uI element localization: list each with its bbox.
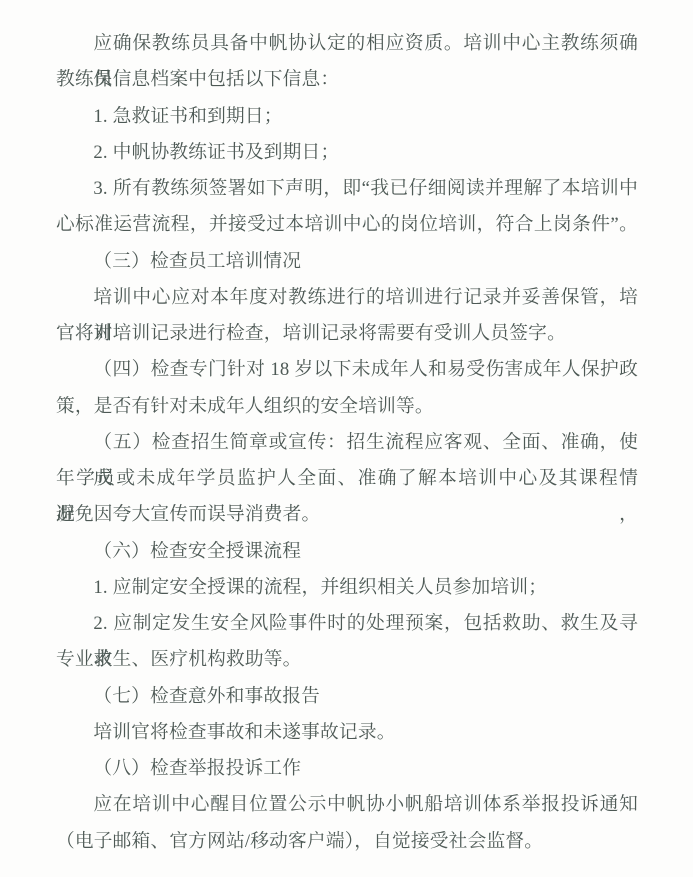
text-line: 1. 应制定安全授课的流程，并组织相关人员参加培训； bbox=[56, 570, 638, 606]
document-body: 应确保教练员具备中帆协认定的相应资质。培训中心主教练须确保教练员信息档案中包括以… bbox=[56, 26, 638, 860]
text-line: 2. 应制定发生安全风险事件时的处理预案，包括救助、救生及寻求 bbox=[56, 606, 638, 642]
text-line: 专业救生、医疗机构救助等。 bbox=[56, 642, 638, 678]
text-line: （七）检查意外和事故报告 bbox=[56, 679, 638, 715]
text-line: 3. 所有教练须签署如下声明，即“我已仔细阅读并理解了本培训中 bbox=[56, 171, 638, 207]
text-line: 应确保教练员具备中帆协认定的相应资质。培训中心主教练须确保 bbox=[56, 26, 638, 62]
text-line: 2. 中帆协教练证书及到期日； bbox=[56, 135, 638, 171]
text-line: （五）检查招生简章或宣传：招生流程应客观、全面、准确，使成 bbox=[56, 425, 638, 461]
text-line: 应在培训中心醒目位置公示中帆协小帆船培训体系举报投诉通知 bbox=[56, 787, 638, 823]
document-page: 应确保教练员具备中帆协认定的相应资质。培训中心主教练须确保教练员信息档案中包括以… bbox=[0, 0, 693, 877]
text-line: 培训中心应对本年度对教练进行的培训进行记录并妥善保管，培训 bbox=[56, 280, 638, 316]
text-line: 年学员或未成年学员监护人全面、准确了解本培训中心及其课程情况， bbox=[56, 461, 638, 497]
text-line: （八）检查举报投诉工作 bbox=[56, 751, 638, 787]
text-line: （六）检查安全授课流程 bbox=[56, 534, 638, 570]
text-line: 培训官将检查事故和未遂事故记录。 bbox=[56, 715, 638, 751]
text-line: 策，是否有针对未成年人组织的安全培训等。 bbox=[56, 389, 638, 425]
text-line: 心标准运营流程，并接受过本培训中心的岗位培训，符合上岗条件”。 bbox=[56, 207, 638, 243]
text-line: （三）检查员工培训情况 bbox=[56, 244, 638, 280]
text-line: （四）检查专门针对 18 岁以下未成年人和易受伤害成年人保护政 bbox=[56, 352, 638, 388]
text-line: （电子邮箱、官方网站/移动客户端），自觉接受社会监督。 bbox=[56, 824, 638, 860]
text-line: 1. 急救证书和到期日； bbox=[56, 99, 638, 135]
text-line: 教练员信息档案中包括以下信息： bbox=[56, 62, 638, 98]
text-line: 官将对培训记录进行检查，培训记录将需要有受训人员签字。 bbox=[56, 316, 638, 352]
